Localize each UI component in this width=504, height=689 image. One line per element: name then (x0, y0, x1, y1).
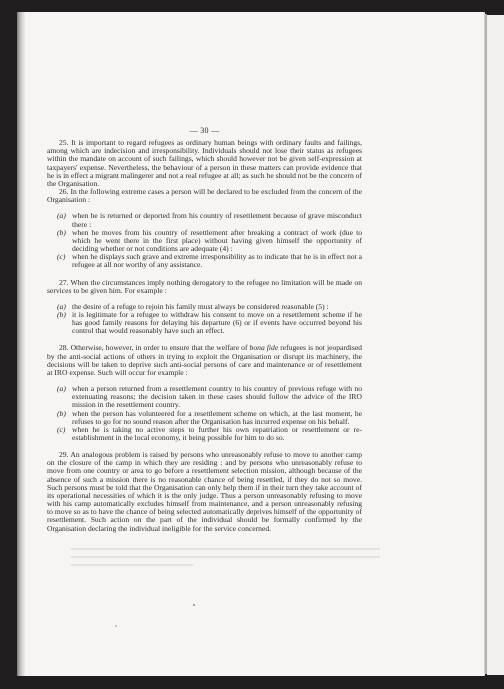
page-number: — 30 — (47, 127, 362, 135)
list-item-text: when he is returned or deported from his… (72, 212, 362, 228)
list-item-label: (c) (47, 253, 72, 261)
list-item: (b) when he moves from his country of re… (47, 229, 362, 253)
paragraph-28-list: (a) when a person returned from a resett… (47, 385, 362, 442)
paragraph-26-list: (a) when he is returned or deported from… (47, 212, 362, 269)
list-item-text: when the person has volunteered for a re… (72, 410, 362, 426)
bleed-line (70, 556, 380, 558)
list-item: (b) it is legitimate for a refugee to wi… (47, 311, 362, 335)
list-item: (a) when a person returned from a resett… (47, 385, 362, 409)
list-item-label: (a) (47, 385, 72, 393)
bleed-line (70, 564, 194, 566)
bleed-line (70, 548, 380, 550)
paragraph-27-list: (a) the desire of a refuge to rejoin his… (47, 303, 362, 336)
list-item: (b) when the person has volunteered for … (47, 410, 362, 426)
list-item-text: when he displays such grave and extreme … (72, 253, 362, 269)
paragraph-26: 26. In the following extreme cases a per… (47, 188, 362, 204)
paragraph-27: 27. When the circumstances imply nothing… (47, 279, 362, 295)
reverse-page-bleed-through (70, 548, 380, 572)
paragraph-25: 25. It is important to regard refugees a… (47, 139, 362, 188)
page-binding-edge (17, 12, 25, 676)
list-item-text: it is legitimate for a refugee to withdr… (72, 311, 362, 335)
list-item-label: (b) (47, 410, 72, 418)
list-item-label: (b) (47, 311, 72, 319)
paragraph-29: 29. An analogous problem is raised by pe… (47, 451, 362, 533)
list-item-text: when he is taking no active steps to fur… (72, 426, 362, 442)
paragraph-28: 28. Otherwise, however, in order to ensu… (47, 344, 362, 377)
paper-speck (193, 604, 195, 606)
list-item-label: (a) (47, 212, 72, 220)
list-item: (c) when he displays such grave and extr… (47, 253, 362, 269)
adjacent-page-edge (487, 15, 504, 675)
list-item: (c) when he is taking no active steps to… (47, 426, 362, 442)
page-body: — 30 — 25. It is important to regard ref… (47, 127, 362, 533)
paper-speck (115, 625, 117, 627)
list-item-text: when he moves from his country of resett… (72, 229, 362, 253)
list-item-label: (b) (47, 229, 72, 237)
list-item: (a) when he is returned or deported from… (47, 212, 362, 228)
list-item-label: (c) (47, 426, 72, 434)
list-item-text: when a person returned from a resettleme… (72, 385, 362, 409)
